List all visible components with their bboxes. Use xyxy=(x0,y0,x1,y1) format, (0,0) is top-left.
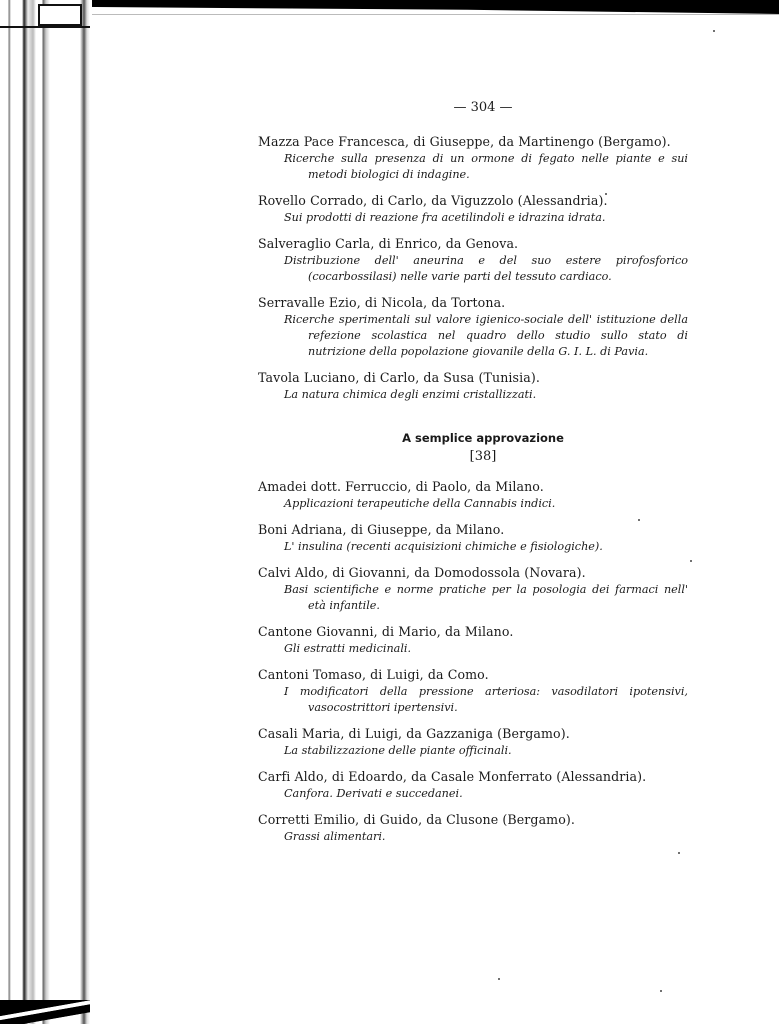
list-item: Tavola Luciano, di Carlo, da Susa (Tunis… xyxy=(258,369,688,403)
candidate-name: Corretti Emilio, di Guido, da Clusone (B… xyxy=(258,811,688,829)
scan-top-rule xyxy=(90,14,779,15)
section-count: [38] xyxy=(258,449,688,464)
list-item: Serravalle Ezio, di Nicola, da Tortona. … xyxy=(258,294,688,360)
thesis-title: L' insulina (recenti acquisizioni chimic… xyxy=(258,539,688,555)
list-item: Cantone Giovanni, di Mario, da Milano. G… xyxy=(258,623,688,657)
candidate-name: Rovello Corrado, di Carlo, da Viguzzolo … xyxy=(258,192,688,210)
binding-top-corner xyxy=(0,0,90,28)
section-heading: A semplice approvazione xyxy=(258,431,688,445)
thesis-title: Ricerche sulla presenza di un ormone di … xyxy=(258,151,688,183)
thesis-title: Canfora. Derivati e succedanei. xyxy=(258,786,688,802)
thesis-title: Gli estratti medicinali. xyxy=(258,641,688,657)
candidate-name: Cantoni Tomaso, di Luigi, da Como. xyxy=(258,666,688,684)
candidate-name: Serravalle Ezio, di Nicola, da Tortona. xyxy=(258,294,688,312)
list-item: Casali Maria, di Luigi, da Gazzaniga (Be… xyxy=(258,725,688,759)
list-item: Cantoni Tomaso, di Luigi, da Como. I mod… xyxy=(258,666,688,716)
scan-speck xyxy=(690,560,692,562)
thesis-title: Sui prodotti di reazione fra acetilindol… xyxy=(258,210,688,226)
candidate-name: Salveraglio Carla, di Enrico, da Genova. xyxy=(258,235,688,253)
book-binding-edge xyxy=(0,0,92,1024)
thesis-title: Ricerche sperimentali sul valore igienic… xyxy=(258,312,688,360)
document-page: — 304 — Mazza Pace Francesca, di Giusepp… xyxy=(258,100,688,854)
page-number: — 304 — xyxy=(258,100,688,115)
scan-top-edge xyxy=(0,0,779,14)
thesis-title: Applicazioni terapeutiche della Cannabis… xyxy=(258,496,688,512)
thesis-title: Basi scientifiche e norme pratiche per l… xyxy=(258,582,688,614)
candidate-name: Tavola Luciano, di Carlo, da Susa (Tunis… xyxy=(258,369,688,387)
list-item: Rovello Corrado, di Carlo, da Viguzzolo … xyxy=(258,192,688,226)
candidate-name: Mazza Pace Francesca, di Giuseppe, da Ma… xyxy=(258,133,688,151)
list-item: Calvi Aldo, di Giovanni, da Domodossola … xyxy=(258,564,688,614)
candidate-name: Casali Maria, di Luigi, da Gazzaniga (Be… xyxy=(258,725,688,743)
candidate-name: Calvi Aldo, di Giovanni, da Domodossola … xyxy=(258,564,688,582)
scan-speck xyxy=(713,30,715,32)
thesis-title: Distribuzione dell' aneurina e del suo e… xyxy=(258,253,688,285)
entries-list-after: Amadei dott. Ferruccio, di Paolo, da Mil… xyxy=(258,478,688,845)
candidate-name: Cantone Giovanni, di Mario, da Milano. xyxy=(258,623,688,641)
candidate-name: Carfi Aldo, di Edoardo, da Casale Monfer… xyxy=(258,768,688,786)
thesis-title: Grassi alimentari. xyxy=(258,829,688,845)
list-item: Amadei dott. Ferruccio, di Paolo, da Mil… xyxy=(258,478,688,512)
candidate-name: Amadei dott. Ferruccio, di Paolo, da Mil… xyxy=(258,478,688,496)
thesis-title: La natura chimica degli enzimi cristalli… xyxy=(258,387,688,403)
list-item: Mazza Pace Francesca, di Giuseppe, da Ma… xyxy=(258,133,688,183)
binding-bottom-corner xyxy=(0,1000,90,1024)
list-item: Salveraglio Carla, di Enrico, da Genova.… xyxy=(258,235,688,285)
thesis-title: La stabilizzazione delle piante officina… xyxy=(258,743,688,759)
list-item: Carfi Aldo, di Edoardo, da Casale Monfer… xyxy=(258,768,688,802)
scan-speck xyxy=(660,990,662,992)
thesis-title: I modificatori della pressione arteriosa… xyxy=(258,684,688,716)
candidate-name: Boni Adriana, di Giuseppe, da Milano. xyxy=(258,521,688,539)
list-item: Corretti Emilio, di Guido, da Clusone (B… xyxy=(258,811,688,845)
entries-list-before: Mazza Pace Francesca, di Giuseppe, da Ma… xyxy=(258,133,688,403)
scan-speck xyxy=(498,978,500,980)
list-item: Boni Adriana, di Giuseppe, da Milano. L'… xyxy=(258,521,688,555)
